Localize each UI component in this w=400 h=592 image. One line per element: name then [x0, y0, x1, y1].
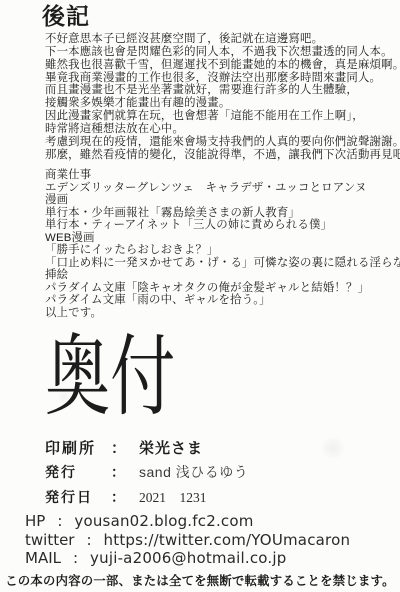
afterword-paragraph: 不好意思本子已經沒甚麼空間了，後記就在這邊寫吧。 下一本應該也會是閃耀色彩的同人… — [45, 33, 400, 161]
afterword-line: 那麼，雖然看疫情的變化，沒能說得準，不過，讓我們下次活動再見吧。謝謝。 — [45, 149, 400, 162]
works-line: 「勝手にイッたらおしおきよ？」 — [45, 244, 400, 257]
printer-label: 印刷所 — [45, 437, 111, 458]
works-line: エデンズリッターグレンツェ キャラデザ・ユッコとロアンヌ — [45, 182, 400, 195]
mail-colon: : — [73, 550, 78, 567]
publish-date-row: 発行日 ： 2021 1231 — [45, 486, 400, 507]
publisher-value: sand 浅ひるゆう — [139, 462, 248, 482]
twitter-row: twitter : https://twitter.com/YOUmacaron — [25, 532, 400, 549]
twitter-url: https://twitter.com/YOUmacaron — [104, 532, 351, 549]
homepage-url: yousan02.blog.fc2.com — [74, 513, 253, 530]
printer-row: 印刷所 ： 栄光さま — [45, 437, 400, 458]
afterword-line: 因此漫畫家們就算在玩，也會想著「這能不能用在工作上啊」， — [45, 110, 400, 123]
homepage-colon: : — [57, 513, 62, 530]
mail-row: MAIL : yuji-a2006@hotmail.co.jp — [25, 550, 400, 567]
afterword-line: 下一本應該也會是閃耀色彩的同人本，不過我下次想畫透的同人本。 — [45, 46, 400, 59]
works-line: WEB漫画 — [45, 232, 400, 245]
contact-list: HP : yousan02.blog.fc2.com twitter : htt… — [25, 513, 400, 567]
works-line: 単行本・少年画報社「霧島絵美さまの新人教育」 — [45, 207, 400, 220]
commercial-works-list: 商業仕事 エデンズリッターグレンツェ キャラデザ・ユッコとロアンヌ 漫画 単行本… — [45, 169, 400, 319]
copyright-notice: この本の内容の一部、または全てを無断で転載することを禁じます。 — [0, 571, 400, 589]
twitter-label: twitter — [25, 532, 74, 549]
afterword-heading: 後記 — [42, 3, 400, 29]
works-line: 挿絵 — [45, 269, 400, 282]
printer-colon: ： — [111, 437, 139, 458]
publish-date-value: 2021 1231 — [139, 486, 207, 506]
homepage-row: HP : yousan02.blog.fc2.com — [25, 513, 400, 530]
publisher-label: 発行 — [45, 462, 111, 482]
afterword-line: 畢竟我商業漫畫的工作也很多，沒辦法空出那麼多時間來畫同人。 — [45, 72, 400, 85]
afterword-line: 不好意思本子已經沒甚麼空間了，後記就在這邊寫吧。 — [45, 33, 400, 46]
publisher-colon: ： — [111, 462, 139, 482]
publisher-row: 発行 ： sand 浅ひるゆう — [45, 462, 400, 482]
works-line: 以上です。 — [45, 307, 400, 320]
publish-date-colon: ： — [111, 487, 139, 507]
works-line: 漫画 — [45, 194, 400, 207]
works-section-heading: 商業仕事 — [45, 169, 400, 182]
afterword-line: 考慮到現在的疫情，還能來會場支持我們的人真的要向你們說聲謝謝。 — [45, 136, 400, 149]
colophon-title: 奥付 — [45, 331, 308, 423]
works-line: 単行本・ティーアイネット「三人の姉に責められる僕」 — [45, 219, 400, 232]
afterword-line: 時常將這種想法放在心中。 — [45, 123, 400, 136]
colophon-info: 印刷所 ： 栄光さま 発行 ： sand 浅ひるゆう 発行日 ： 2021 12… — [45, 437, 400, 507]
works-line: 「口止め料に一発ヌかせてあ・げ・る」可憐な姿の裏に隠れる淫らなカラダ — [45, 257, 400, 270]
publish-date-label: 発行日 — [45, 487, 111, 507]
mail-address: yuji-a2006@hotmail.co.jp — [90, 550, 286, 567]
printer-value: 栄光さま — [139, 437, 203, 458]
works-line: パラダイム文庫「雨の中、ギャルを拾う。」 — [45, 294, 400, 307]
mail-label: MAIL — [25, 550, 61, 567]
homepage-label: HP — [25, 513, 45, 530]
afterword-line: 雖然我也很喜歡千雪，但遲遲找不到能畫她的本的機會，真是麻煩啊。 — [45, 59, 400, 72]
works-line: パラダイム文庫「陰キャオタクの俺が金髪ギャルと結婚！？」 — [45, 282, 400, 295]
afterword-line: 而且畫漫畫也不是光坐著畫就好，需要進行許多的人生體驗， — [45, 84, 400, 97]
twitter-colon: : — [86, 532, 91, 549]
afterword-line: 接觸衆多娛樂才能畫出有趣的漫畫。 — [45, 97, 400, 110]
colophon-page: 後記 不好意思本子已經沒甚麼空間了，後記就在這邊寫吧。 下一本應該也會是閃耀色彩… — [0, 0, 400, 592]
